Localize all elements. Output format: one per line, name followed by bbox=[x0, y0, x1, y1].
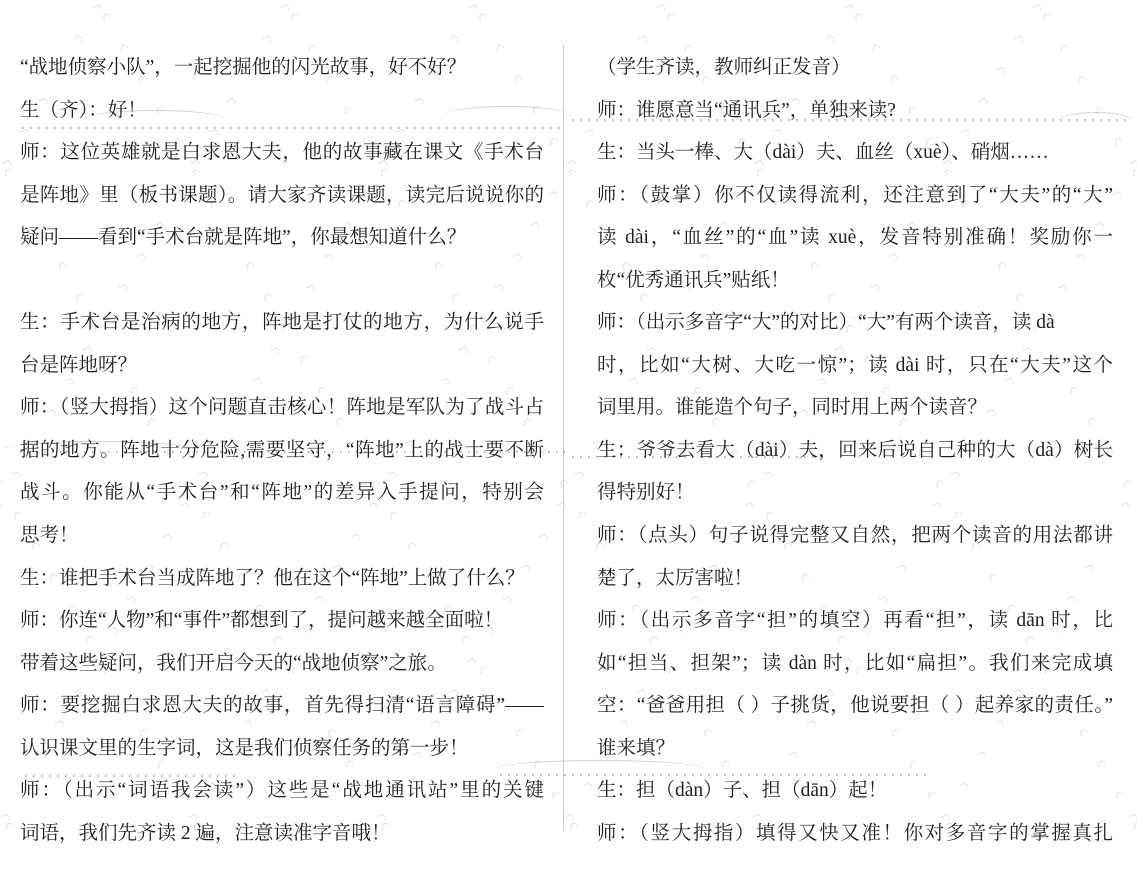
column-divider bbox=[563, 45, 564, 831]
right-column: （学生齐读，教师纠正发音）师：谁愿意当“通讯兵”，单独来读?生：当头一棒、大（d… bbox=[597, 47, 1113, 855]
text-line: 带着这些疑问，我们开启今天的“战地侦察”之旅。 bbox=[20, 643, 544, 686]
text-line: 师：谁愿意当“通讯兵”，单独来读? bbox=[597, 90, 1113, 133]
left-column: “战地侦察小队”，一起挖掘他的闪光故事，好不好？生（齐）：好！师：这位英雄就是白… bbox=[20, 47, 544, 855]
watermark-curl-chain: ςςςςςςςςςςςςςςςςςςςςςςςςςςςς bbox=[1111, 0, 1137, 850]
text-line: 师：这位英雄就是白求恩大夫，他的故事藏在课文《手术台就 bbox=[20, 132, 544, 175]
text-line: 生：谁把手术台当成阵地了？他在这个“阵地”上做了什么？ bbox=[20, 558, 544, 601]
text-line: 时，比如“大树、大吃一惊”；读 dài 时，只在“大夫”这个 bbox=[597, 345, 1113, 388]
text-line bbox=[20, 260, 544, 303]
text-line: 词语，我们先齐读 2 遍，注意读准字音哦！ bbox=[20, 813, 544, 856]
text-line: 生：当头一棒、大（dài）夫、血丝（xuè）、硝烟…… bbox=[597, 132, 1113, 175]
text-line: 谁来填？ bbox=[597, 728, 1113, 771]
text-line: 师：要挖掘白求恩大夫的故事，首先得扫清“语言障碍”—— bbox=[20, 685, 544, 728]
text-line: 生：手术台是治病的地方，阵地是打仗的地方，为什么说手术 bbox=[20, 302, 544, 345]
text-line: 台是阵地呀？ bbox=[20, 345, 544, 388]
text-line: 读 dài，“血丝”的“血”读 xuè，发音特别准确！奖励你一 bbox=[597, 217, 1113, 260]
text-line: 师：（点头）句子说得完整又自然，把两个读音的用法都讲清 bbox=[597, 515, 1113, 558]
text-line: 空：“爸爸用担（ ）子挑货，他说要担（ ）起养家的责任。” bbox=[597, 685, 1113, 728]
text-line: 师：你连“人物”和“事件”都想到了，提问越来越全面啦！ bbox=[20, 600, 544, 643]
text-line: 师：（竖大拇指）这个问题直击核心！阵地是军队为了战斗占 bbox=[20, 387, 544, 430]
text-line: 词里用。谁能造个句子，同时用上两个读音？ bbox=[597, 387, 1113, 430]
text-line: 师：（出示多音字“担”的填空）再看“担”，读 dān 时，比 bbox=[597, 600, 1113, 643]
text-line: 生（齐）：好！ bbox=[20, 90, 544, 133]
text-line: 师：（竖大拇指）填得又快又准！你对多音字的掌握真扎实， bbox=[597, 813, 1113, 856]
text-line: 认识课文里的生字词，这是我们侦察任务的第一步！ bbox=[20, 728, 544, 771]
text-line: 如“担当、担架”；读 dàn 时，比如“扁担”。我们来完成填 bbox=[597, 643, 1113, 686]
text-line: “战地侦察小队”，一起挖掘他的闪光故事，好不好？ bbox=[20, 47, 544, 90]
text-line: 思考！ bbox=[20, 515, 544, 558]
text-line: 疑问——看到“手术台就是阵地”，你最想知道什么？ bbox=[20, 217, 544, 260]
text-line: 是阵地》里（板书课题）。请大家齐读课题，读完后说说你的 bbox=[20, 175, 544, 218]
text-line: 师：（鼓掌）你不仅读得流利，还注意到了“大夫”的“大” bbox=[597, 175, 1113, 218]
text-line: 生：担（dàn）子、担（dān）起！ bbox=[597, 770, 1113, 813]
text-line: 楚了，太厉害啦！ bbox=[597, 558, 1113, 601]
text-line: 据的地方。阵地十分危险,需要坚守，“阵地”上的战士要不断 bbox=[20, 430, 544, 473]
text-line: （学生齐读，教师纠正发音） bbox=[597, 47, 1113, 90]
text-line: 得特别好！ bbox=[597, 472, 1113, 515]
text-line: 战斗。你能从“手术台”和“阵地”的差异入手提问，特别会 bbox=[20, 472, 544, 515]
text-line: 师：（出示多音字“大”的对比）“大”有两个读音，读 dà bbox=[597, 302, 1113, 345]
text-line: 枚“优秀通讯兵”贴纸！ bbox=[597, 260, 1113, 303]
document-page: ςςςςςςςςςςςςςςςςςςςςςςςςςςςςςςςςςςςςςςςς… bbox=[0, 0, 1137, 879]
text-line: 师：（出示“词语我会读”）这些是“战地通讯站”里的关键 bbox=[20, 770, 544, 813]
text-line: 生：爷爷去看大（dài）夫，回来后说自己种的大（dà）树长 bbox=[597, 430, 1113, 473]
